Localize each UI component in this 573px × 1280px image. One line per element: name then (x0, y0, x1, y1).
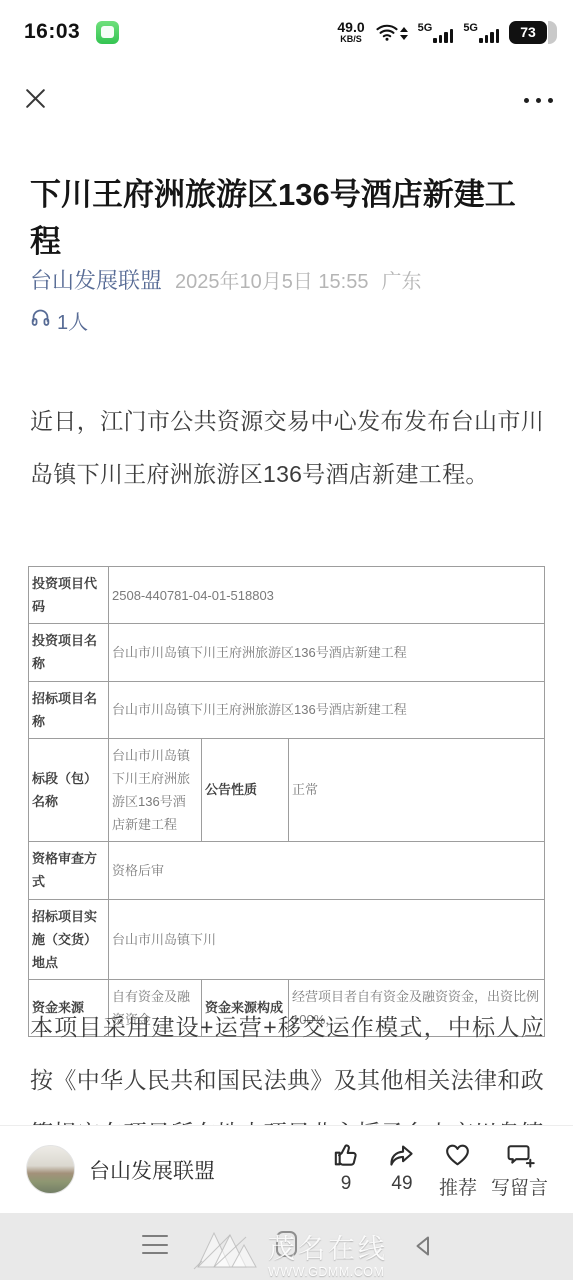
battery-indicator: 73 (509, 21, 557, 44)
table-header-cell: 投资项目代码 (29, 567, 109, 624)
table-value-cell: 台山市川岛镇下川 (109, 899, 545, 979)
account-avatar[interactable] (26, 1145, 75, 1194)
signal-sim2-icon: 5G (463, 22, 499, 43)
back-triangle-icon (411, 1246, 435, 1263)
table-header-cell: 标段（包）名称 (29, 738, 109, 842)
table-header-cell: 招标项目名称 (29, 681, 109, 738)
table-row: 招标项目实施（交货）地点台山市川岛镇下川 (29, 899, 545, 979)
table-value-cell: 台山市川岛镇下川王府洲旅游区136号酒店新建工程 (109, 738, 202, 842)
home-button[interactable] (276, 1231, 297, 1257)
wifi-traffic-arrows-icon (400, 27, 408, 40)
action-buttons: 9 49 推荐 (318, 1139, 553, 1200)
table-row: 投资项目代码2508-440781-04-01-518803 (29, 567, 545, 624)
table-value-cell: 台山市川岛镇下川王府洲旅游区136号酒店新建工程 (109, 681, 545, 738)
phone-screen: 16:03 49.0 KB/S 5G 5G (0, 0, 573, 1280)
menu-lines-icon (142, 1235, 168, 1237)
battery-percent: 73 (509, 21, 547, 44)
close-icon (22, 85, 49, 117)
table-value-cell: 资格后审 (109, 842, 545, 899)
bottom-action-bar: 台山发展联盟 9 49 (0, 1125, 573, 1213)
author-link[interactable]: 台山发展联盟 (30, 264, 162, 295)
back-button[interactable] (411, 1233, 435, 1264)
clock: 16:03 (24, 20, 80, 44)
listen-count-row[interactable]: 1人 (30, 306, 88, 335)
table-value-cell: 台山市川岛镇下川王府洲旅游区136号酒店新建工程 (109, 624, 545, 681)
table-row: 标段（包）名称台山市川岛镇下川王府洲旅游区136号酒店新建工程公告性质正常 (29, 738, 545, 842)
recommend-button[interactable]: 推荐 (430, 1139, 486, 1200)
project-table-wrap: 投资项目代码2508-440781-04-01-518803投资项目名称台山市川… (28, 566, 545, 1037)
project-info-table-body: 投资项目代码2508-440781-04-01-518803投资项目名称台山市川… (29, 567, 545, 1037)
publish-region: 广东 (381, 265, 421, 294)
more-menu-button[interactable] (524, 90, 553, 110)
network-speed-value: 49.0 (337, 20, 364, 34)
table-header-cell: 投资项目名称 (29, 624, 109, 681)
headphones-icon (30, 307, 51, 334)
table-value-cell: 正常 (289, 738, 545, 842)
project-info-table: 投资项目代码2508-440781-04-01-518803投资项目名称台山市川… (28, 566, 545, 1037)
android-nav-bar: 茂名在线 WWW.GDMM.COM (0, 1213, 573, 1280)
table-header-cell: 资格审查方式 (29, 842, 109, 899)
article-header-bar (0, 72, 573, 128)
network-speed-unit: KB/S (340, 35, 362, 44)
share-arrow-icon (386, 1139, 417, 1170)
listen-count: 1人 (57, 306, 88, 335)
article-meta: 台山发展联盟 2025年10月5日 15:55 广东 (30, 264, 421, 295)
share-button[interactable]: 49 (374, 1139, 430, 1195)
write-comment-button[interactable]: 写留言 (486, 1139, 553, 1200)
table-header-cell: 招标项目实施（交货）地点 (29, 899, 109, 979)
like-count: 9 (341, 1173, 352, 1195)
status-indicators: 49.0 KB/S 5G 5G 73 (337, 20, 557, 44)
thumbs-up-icon (330, 1139, 361, 1170)
table-row: 投资项目名称台山市川岛镇下川王府洲旅游区136号酒店新建工程 (29, 624, 545, 681)
table-row: 招标项目名称台山市川岛镇下川王府洲旅游区136号酒店新建工程 (29, 681, 545, 738)
battery-empty-segment (548, 21, 557, 44)
account-name[interactable]: 台山发展联盟 (89, 1155, 215, 1185)
article-paragraph-1: 近日，江门市公共资源交易中心发布发布台山市川岛镇下川王府洲旅游区136号酒店新建… (30, 395, 544, 501)
watermark-site-url: WWW.GDMM.COM (268, 1266, 384, 1279)
table-row: 资格审查方式资格后审 (29, 842, 545, 899)
table-value-cell: 2508-440781-04-01-518803 (109, 567, 545, 624)
table-header-cell: 公告性质 (202, 738, 289, 842)
wifi-icon (375, 22, 408, 42)
message-notification-icon (96, 21, 119, 44)
status-bar: 16:03 49.0 KB/S 5G 5G (0, 0, 573, 56)
ellipsis-icon (524, 98, 553, 103)
publish-date: 2025年10月5日 15:55 (175, 265, 368, 294)
comment-plus-icon (503, 1139, 536, 1170)
close-button[interactable] (18, 84, 52, 118)
like-button[interactable]: 9 (318, 1139, 374, 1195)
heart-icon (442, 1139, 473, 1170)
recommend-label: 推荐 (439, 1173, 477, 1200)
share-count: 49 (391, 1173, 412, 1195)
signal-sim1-icon: 5G (418, 22, 454, 43)
watermark-logo-icon (192, 1219, 264, 1278)
article-title: 下川王府洲旅游区136号酒店新建工程 (30, 171, 544, 265)
recents-button[interactable] (142, 1235, 168, 1254)
network-speed: 49.0 KB/S (337, 20, 364, 44)
comment-label: 写留言 (491, 1173, 548, 1200)
